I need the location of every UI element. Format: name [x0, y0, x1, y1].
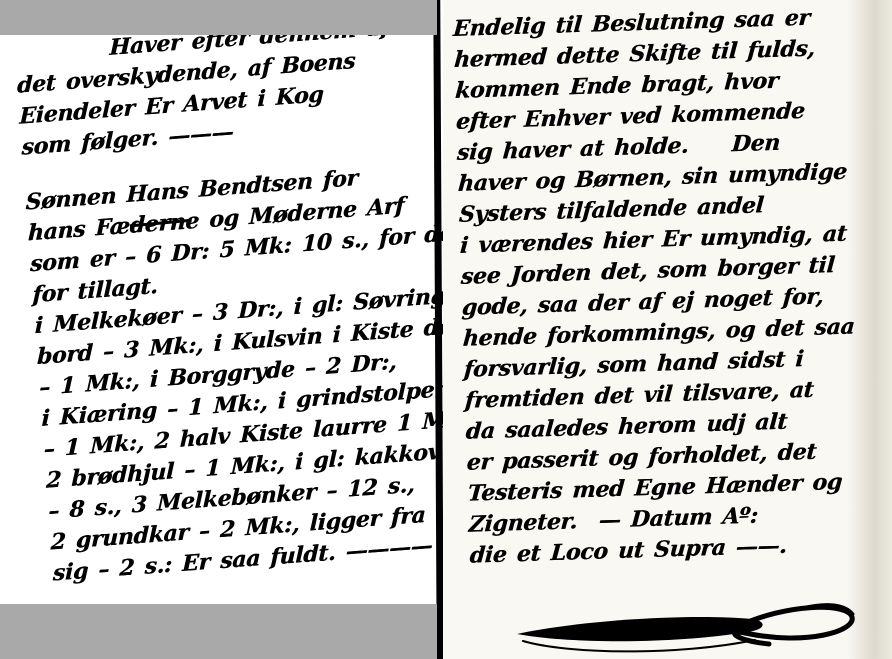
right-page-text-block: Endelig til Beslutning saa er hermed det… — [451, 0, 892, 571]
ink-flourish — [507, 598, 859, 656]
left-page: Haver efter dennem af det overskydende, … — [0, 0, 437, 659]
manuscript-scan: Haver efter dennem af det overskydende, … — [0, 0, 892, 659]
right-page: Endelig til Beslutning saa er hermed det… — [443, 0, 892, 659]
scanner-border-top — [0, 0, 437, 35]
left-page-text-block: Haver efter dennem af det overskydende, … — [12, 8, 483, 589]
scanner-border-bottom — [0, 604, 437, 659]
